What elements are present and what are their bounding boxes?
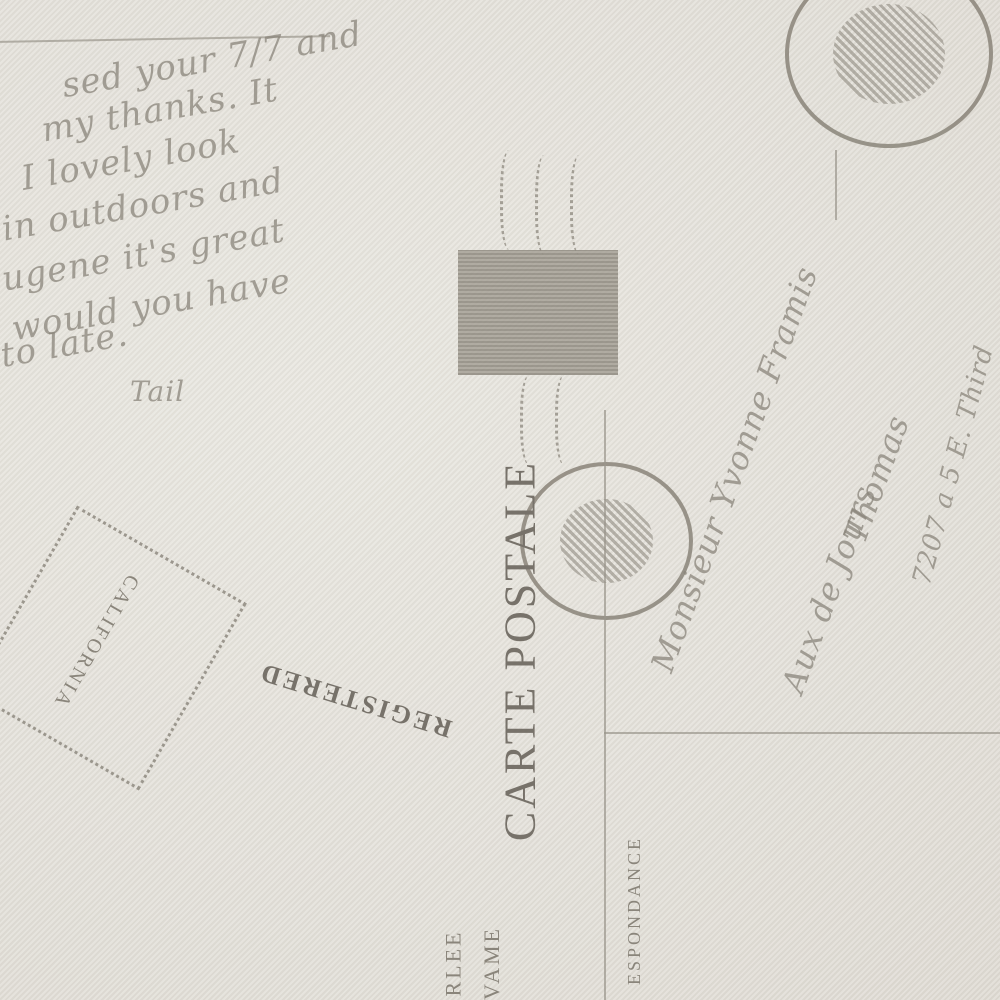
carte-postale-heading: CARTE POSTALE [495,421,546,881]
cancellation-wave [570,155,593,255]
postcard-divider [835,150,837,220]
bottom-left-text: RLEE [441,930,467,997]
bottom-left-text: VAME [479,926,505,1000]
cancellation-wave [555,375,578,465]
postage-stamp [458,250,618,375]
postcard-divider [604,732,1000,734]
handwriting-signature: Tail [130,375,185,408]
cancellation-wave [500,150,523,250]
cancellation-wave [535,155,558,255]
postcard-divider [604,410,606,1000]
correspondance-label: ESPONDANCE [624,836,645,985]
